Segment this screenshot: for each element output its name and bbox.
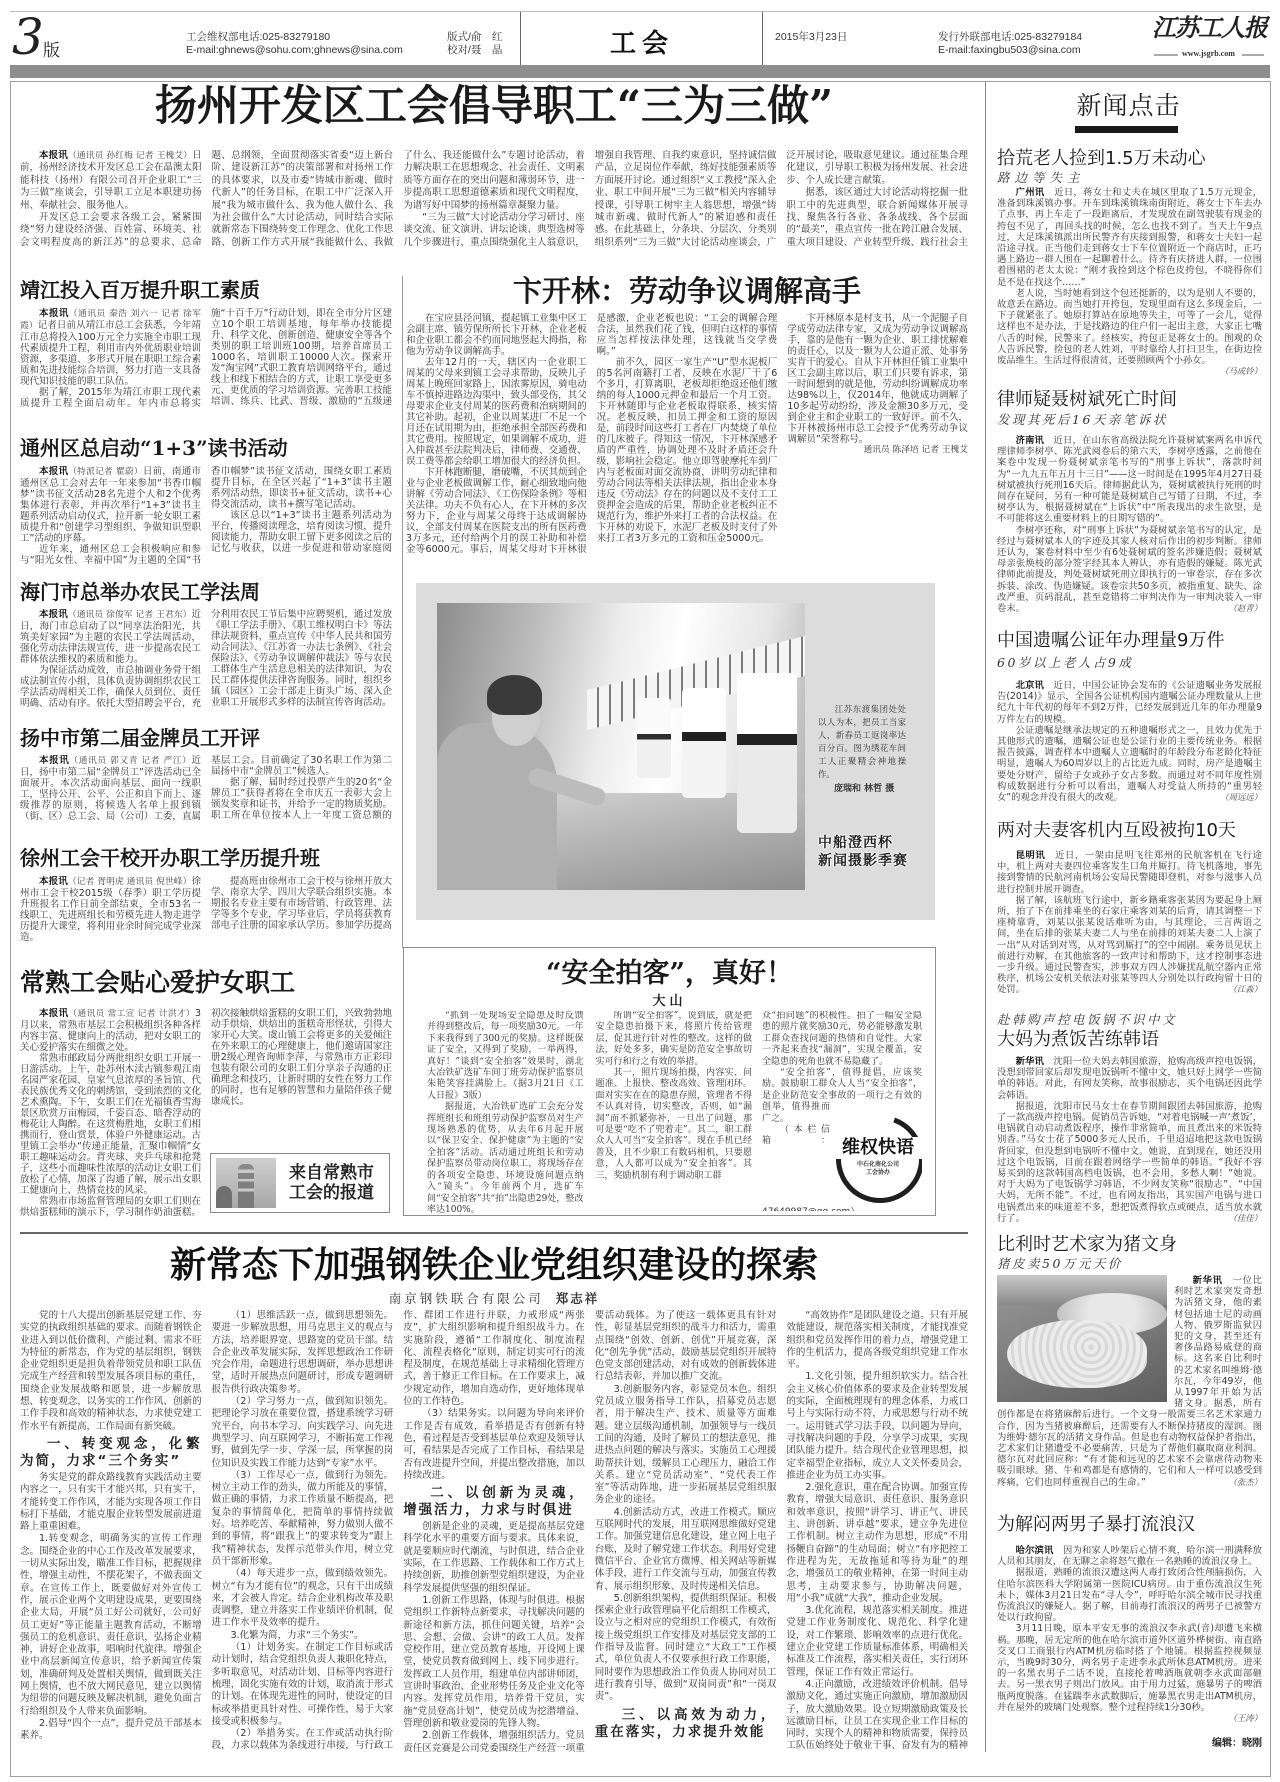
commentary-paragraph: 其一，照片现场拍摄，内容实、问题准、上报快、整改高效、管理闭环。面对实实在在的隐… — [596, 1068, 753, 1182]
brief-headline-jingjiang: 靖江投入百万提升职工素质 — [20, 278, 260, 302]
lead-paragraph: 本报讯（通讯员 孙红梅 记者 王槐艾）日前，扬州经济技术开发区总工会在晶澳太阳能… — [20, 150, 202, 212]
news-paragraph: 广州讯 近日，蒋女士和丈夫在城区里取了1.5万元现金，准备到珠溪镇办事。开车到珠… — [997, 187, 1262, 288]
brief-paragraph: 本报讯（通讯员 徐俊军 记者 王君东）近日，海门市总启动了以“同享法治阳光，共筑… — [20, 609, 201, 665]
party-paragraph: （1）计划务实。在制定工作目标或活动计划时，结合党组织负责人兼职化特点，多听取意… — [212, 1642, 394, 1728]
news-paragraph: 济南讯 近日，在山东省高级法院允许聂树斌案两名申诉代理律师李树亭、陈光武阅卷后的… — [997, 435, 1262, 525]
commentary-author: 大山 — [403, 994, 936, 1009]
worker-hair — [487, 675, 542, 715]
party-paragraph: 务实是党的群众路线教育实践活动主要内容之一，只有实干才能兴邦，只有实干，才能转变… — [20, 1472, 202, 1533]
dateline: 新华讯 — [1193, 1275, 1223, 1286]
party-article-byline: 南京钢铁联合有限公司 郑志祥 — [20, 1291, 968, 1307]
news-body-wills: 北京讯 近日，中国公证协会发布的《公证遗嘱业务发展报告(2014)》显示，全国各… — [997, 680, 1262, 815]
brief-headline-xuzhou: 徐州工会干校开办职工学历提升班 — [20, 846, 320, 870]
news-subhead-nie-shubin: 发现其死后16天亲笔诉状 — [997, 413, 1168, 427]
news-subhead-scavenger: 路边等失主 — [997, 171, 1085, 185]
dateline: 济南讯 — [1016, 435, 1044, 446]
brief-paragraph: 常熟市邮政局分两批组织女职工开展一日游活动。上午，赴苏州木渎古镇参观江南名园严家… — [20, 1053, 201, 1196]
news-paragraph: 老人说，当时她看到这个包还挺新的，以为是别人不要的，故意丢在路边。而当她打开挎包… — [997, 288, 1262, 366]
layout-credit: 版式/俞 红 — [447, 31, 502, 44]
editor-credit: 编辑：晓刚 — [1160, 1738, 1262, 1750]
brief-body-yangzhong: 本报讯（通讯员 郭又青 记者 严江）近日，扬中市第二届“金牌员工”评选活动已全面… — [20, 755, 392, 834]
byline-author: 郑志祥 — [556, 1291, 600, 1306]
news-paragraph: 新华讯 沈阳一位大妈去韩国旅游，抢购高级声控电饭锅，没想到带回家后却发现电饭锅听… — [997, 1056, 1262, 1101]
brief-body-haimen: 本报讯（通讯员 徐俊军 记者 王君东）近日，海门市总启动了以“同享法治阳光，共筑… — [20, 609, 392, 709]
source-credit: （张杰） — [1210, 1477, 1262, 1488]
proof-credit: 校对/聂 晶 — [447, 44, 502, 57]
news-headline-homeless-attack: 为解闷两男子暴打流浪汉 — [997, 1515, 1195, 1535]
news-body-scavenger: 广州讯 近日，蒋女士和丈夫在城区里取了1.5万元现金，准备到珠溪镇办事。开车到珠… — [997, 187, 1262, 384]
party-paragraph: 3.创新服务内容，彰显党员本色。组织党员成立服务指导工作队，招募党员志愿者，用于… — [595, 1384, 777, 1507]
dateline: 北京讯 — [1016, 680, 1044, 691]
news-subhead-pig-tattoo: 猪皮卖50万元天价 — [997, 1257, 1123, 1271]
dateline: 本报讯 — [39, 876, 68, 887]
news-headline-scavenger: 拾荒老人捡到1.5万未动心 — [997, 149, 1206, 169]
byline-credit: （通讯员 郭又青 记者 严江） — [69, 756, 191, 766]
feature-headline: 卞开林：劳动争议调解高手 — [406, 274, 968, 308]
distribution-email: E-mail:faxingbu503@sina.com — [938, 44, 1081, 57]
header-gray-bar — [10, 65, 1270, 78]
brief-body-xuzhou: 本报讯（记者 胥明虎 通讯员 倪世峰）徐州市工会干校2015级（春季）职工学历提… — [20, 876, 392, 944]
party-paragraph: （3）结果务实。以问题为导向来评价工作是否有成效，看举措是否有创新有特色，看过程… — [403, 1408, 585, 1482]
logo-org: 中石化南化公司 — [834, 1161, 922, 1169]
brief-paragraph: 本报讯（通讯员 常工宣 记者 计洪才）3月以来，常熟市基层工会积极组织各种各样内… — [20, 1008, 201, 1053]
news-paragraph: 昆明讯 近日，一架由昆明飞往郑州的民航客机在飞行途中，机上两对夫妻四位乘客发生口… — [997, 850, 1262, 895]
byline-credit: （特派记者 瞿蔚） — [68, 467, 143, 477]
page-number: 3 — [12, 12, 44, 62]
news-body-airplane-fight: 昆明讯 近日，一架由昆明飞往郑州的民航客机在飞行途中，机上两对夫妻四位乘客发生口… — [997, 850, 1262, 1009]
contest-label-1: 中船澄西杯 — [818, 835, 893, 852]
sidebar-title-bar — [1075, 126, 1178, 133]
brief-headline-haimen: 海门市总举办农民工学法周 — [20, 580, 260, 604]
commentary-paragraph: “抓到一处现场安全隐患及时反馈并得到整改后，每一项奖励30元。一年下来我得到了3… — [427, 1011, 584, 1102]
photo-feature-box: 江苏东渡集团处处以人为本，把员工当家人，新春员工返岗率达百分百。图为绣花车间工人… — [416, 583, 935, 920]
byline-credit: （记者 胥明虎 通讯员 倪世峰） — [68, 877, 192, 887]
source-credit: （马成铃） — [1202, 366, 1262, 377]
party-paragraph: 3.优化流程，规范落实相关制度。推进党建工作业务制度化、规范化、科学化建设，对工… — [786, 1605, 968, 1679]
commentary-body-columns-1-2: “抓到一处现场安全隐患及时反馈并得到整改后，每一项奖励30元。一年下来我得到了3… — [427, 1011, 752, 1217]
byline-credit: （通讯员 徐俊军 记者 王君东） — [68, 610, 192, 620]
party-paragraph: 2.倡导“四个一点”，提升党员干部基本素养。 — [20, 1718, 202, 1743]
news-paragraph: 据报道，熟睡的流浪汉遭这两人毒打致闭合性颅脑损伤，入住哈尔滨医科大学附属第一医院… — [997, 1567, 1262, 1623]
news-body-rice-cooker: 新华讯 沈阳一位大妈去韩国旅游，抢购高级声控电饭锅，没想到带回家后却发现电饭锅听… — [997, 1056, 1262, 1230]
party-paragraph: 4.创新活动方式，改进工作模式。顺应互联网时代的发展，用互联网思维做好党建工作。… — [595, 1507, 777, 1593]
dateline: 本报讯 — [39, 150, 68, 161]
party-paragraph: （1）思维活跃一点，做到思想领先。要进一步解放思想，用马克思主义的观点与方法，培… — [212, 1310, 394, 1396]
top-rule — [10, 11, 1270, 12]
party-article-headline: 新常态下加强钢铁企业党组织建设的探索 — [20, 1245, 968, 1287]
news-headline-pig-tattoo: 比利时艺术家为猪文身 — [997, 1235, 1177, 1255]
source-credit: （江淼） — [1210, 984, 1262, 995]
brief-paragraph: 本报讯（通讯员 秦浩 刘六一 记者 徐军霞）记者日前从靖江市总工会获悉，今年靖江… — [20, 308, 201, 387]
news-headline-rice-cooker: 大妈为煮饭苦练韩语 — [997, 1030, 1159, 1050]
changshu-report-box: 来自常熟市 工会的报道 — [210, 1153, 390, 1213]
section-title: 工会 — [610, 30, 674, 58]
dateline: 本报讯 — [39, 609, 68, 620]
photo-tattooed-pig — [997, 1275, 1167, 1402]
party-paragraph: 1.创新工作思路，体现与时俱进。根据党组织工作新特点新要求，寻找解决问题的新途径… — [403, 1595, 585, 1730]
byline-organization: 南京钢铁联合有限公司 — [389, 1291, 544, 1306]
dateline: 昆明讯 — [1016, 850, 1046, 861]
photo-embroidery-workshop — [437, 603, 805, 890]
source-credit: （赵青） — [1210, 603, 1262, 614]
byline-credit: （通讯员 常工宣 记者 计洪才） — [68, 1009, 195, 1019]
contest-label-2: 新闻摄影季赛 — [818, 853, 908, 870]
party-paragraph: 3.化繁为简，力求“三个务实”。 — [212, 1630, 394, 1642]
header-divider-left — [520, 12, 521, 65]
tree-shape — [216, 1186, 232, 1208]
party-subhead-1: 一、转变观念，化繁为简，力求“三个务实” — [20, 1436, 202, 1470]
brief-body-tongzhou: 本报讯（特派记者 瞿蔚）日前，南通市通州区总工会对去年一年来参加“书香巾帼梦”读… — [20, 466, 392, 566]
issue-date: 2015年3月23日 — [775, 31, 847, 44]
masthead-logo: 江苏工人报 — [1152, 13, 1267, 43]
news-paragraph: 据报道，沈阳市民马女士在春节期间跟团去韩国旅游，抢购了一款高级声控电锅。促销员告… — [997, 1101, 1262, 1224]
circle-logo-weiquan: 维权快语 中石化南化公司 工会协办 — [834, 1111, 922, 1207]
feature-paragraph: 前不久，园区一家生产“U”型水泥板厂的5名河南籍打工者，反映在水泥厂干了6个多月… — [597, 357, 778, 544]
lead-headline: 扬州开发区工会倡导职工“三为三做” — [20, 82, 968, 130]
feature-body: 在宝应县泾河镇，提起镇工业集中区工会副主席、镇劳保所所长卞开林，企业老板和企业职… — [406, 313, 968, 557]
worker-body — [437, 723, 557, 890]
news-body-homeless-attack: 哈尔滨讯 因为和家人吵架后心情不爽，哈尔滨一刑满释放人员和其朋友，在无聊之余将怒… — [997, 1545, 1262, 1737]
machine-head-3 — [737, 673, 797, 833]
source-credit: （王涛） — [1210, 1713, 1262, 1724]
dateline: 新华讯 — [1016, 1056, 1044, 1067]
logo-sub: 工会协办 — [834, 1169, 922, 1177]
party-paragraph: “高效协作”是团队建设之道。只有开展效能建设，规范落实相关制度，才能找准党组织和… — [786, 1310, 968, 1371]
lead-article-body: 本报讯（通讯员 孙红梅 记者 王槐艾）日前，扬州经济技术开发区总工会在晶澳太阳能… — [20, 150, 968, 251]
feature-paragraph: 去年12月的一天，辖区内一企业职工周某的父母来到镇工会寻求帮助，反映儿子周某上晚… — [406, 357, 587, 467]
brief-body-jingjiang: 本报讯（通讯员 秦浩 刘六一 记者 徐军霞）记者日前从靖江市总工会获悉，今年靖江… — [20, 308, 392, 419]
brief-headline-yangzhong: 扬中市第二届金牌员工开评 — [20, 726, 260, 750]
commentary-body-column-3: 维权快语 中石化南化公司 工会协办 众“拍问题”的积极性。拍了一幅安全隐患的照片… — [762, 1011, 922, 1211]
source-credit: （周远远） — [1202, 792, 1262, 803]
party-paragraph: 1.文化引领，提升组织软实力。结合社会主义核心价值体系的要求及企业转型发展的实际… — [786, 1371, 968, 1482]
section-rule-thick — [20, 1232, 968, 1234]
news-paragraph: 北京讯 近日，中国公证协会发布的《公证遗嘱业务发展报告(2014)》显示，全国各… — [997, 680, 1262, 725]
party-paragraph: 1.转变观念，明确务实的宣传工作理念。围绕企业的中心工作及改革发展要求，一切从实… — [20, 1533, 202, 1717]
pagoda-shape — [238, 1164, 254, 1208]
brief-paragraph: 本报讯（特派记者 瞿蔚）日前，南通市通州区总工会对去年一年来参加“书香巾帼梦”读… — [20, 466, 201, 544]
commentary-headline: “安全拍客”，真好！ — [403, 958, 936, 990]
sidebar-divider — [985, 82, 986, 1752]
party-subhead-3: 三、以高效为动力，重在落实，力求提升效能 — [595, 1707, 777, 1741]
news-kicker-rice-cooker: 赴韩购声控电饭锅不识中文 — [997, 1013, 1177, 1027]
party-paragraph: （3）工作尽心一点，做到行为领先。树立主动工作的劲头，做力所能及的事情，做正确的… — [212, 1470, 394, 1568]
brief-paragraph: 本报讯（记者 胥明虎 通讯员 倪世峰）徐州市工会干校2015级（春季）职工学历提… — [20, 876, 201, 943]
left-column-divider — [402, 276, 403, 948]
brief-headline-tongzhou: 通州区总启动“1+3”读书活动 — [20, 436, 288, 460]
party-paragraph: 党的十八大提出创新基层党建工作、夯实党的执政组织基础的要求。而随着钢铁企业进入到… — [20, 1310, 202, 1433]
dateline: 本报讯 — [39, 1008, 68, 1019]
masthead-line-right — [1242, 54, 1264, 56]
party-paragraph: 创新是企业的灵魂，更是提高基层党建科学化水平的重要方面与要求。具体来说，就是要顺… — [403, 1521, 585, 1595]
news-headline-airplane-fight: 两对夫妻客机内互殴被拘10天 — [997, 821, 1236, 841]
machine-head-1 — [637, 698, 671, 778]
commentary-paragraph: 众“拍问题”的积极性。拍了一幅安全隐患的照片就奖励30元，势必能够激发职工群众查… — [762, 1011, 922, 1068]
news-headline-wills: 中国遗嘱公证年办理量9万件 — [997, 631, 1224, 651]
machine-head-2 — [682, 688, 726, 798]
header-divider-right — [762, 12, 763, 65]
masthead-line-left — [1154, 54, 1178, 56]
news-paragraph: 公证遗嘱是继承法规定的五种遗嘱形式之一，且效力优先于其他形式的遗嘱，遗嘱公证也是… — [997, 725, 1262, 803]
news-paragraph: 哈尔滨讯 因为和家人吵架后心情不爽，哈尔滨一刑满释放人员和其朋友，在无聊之余将怒… — [997, 1545, 1262, 1567]
dateline: 本报讯 — [39, 755, 69, 766]
changshu-box-label-1: 来自常熟市 — [289, 1163, 374, 1183]
party-paragraph: 2.强化意识，重在配合协调。加强宣传教育，增强大局意识、责任意识、服务意识和效率… — [786, 1482, 968, 1605]
feature-credit: 通讯员 陈泽培 记者 王槐艾 — [787, 445, 968, 456]
news-body-nie-shubin: 济南讯 近日，在山东省高级法院允许聂树斌案两名申诉代理律师李树亭、陈光武阅卷后的… — [997, 435, 1262, 629]
party-paragraph: 5.创新组织架构，提供组织保证。积极探索企业行政管理扁平化后组织工作模式，设立与… — [595, 1593, 777, 1704]
brief-headline-changshu: 常熟工会贴心爱护女职工 — [20, 968, 295, 998]
dateline: 本报讯 — [39, 308, 69, 319]
news-headline-nie-shubin: 律师疑聂树斌死亡时间 — [997, 390, 1177, 410]
photo-caption: 江苏东渡集团处处以人为本，把员工当家人，新春员工返岗率达百分百。图为绣花车间工人… — [818, 703, 906, 781]
photographer-credit: 庞瑞和 林哲 摄 — [834, 783, 894, 795]
dateline: 本报讯 — [39, 466, 68, 477]
dateline: 广州讯 — [1016, 187, 1045, 198]
contact-email: E-mail:ghnews@sohu.com;ghnews@sina.com — [186, 44, 403, 57]
sidebar-title: 新闻点击 — [995, 91, 1262, 121]
party-article-body: 党的十八大提出创新基层党建工作、夯实党的执政组织基础的要求。而随着钢铁企业进入到… — [20, 1310, 968, 1764]
masthead-url: www.jsgrb.com — [1182, 49, 1235, 59]
page-suffix: 版 — [43, 42, 60, 60]
news-body-pig-tattoo: 新华讯 一位比利时艺术家突发奇想为活猪文身，他的素材包括迪士尼的动画人物、俄罗斯… — [997, 1275, 1262, 1501]
distribution-phone: 发行外联部电话:025-83279184 — [938, 31, 1082, 44]
logo-title: 维权快语 — [834, 1137, 922, 1159]
brief-paragraph: 提高班由徐州市工会干校与徐州开放大学、南京大学、四川大学联合组织实施。本期报名专… — [211, 876, 392, 944]
photo-pagoda — [216, 1158, 276, 1208]
commentary-paragraph: 据报道，大冶铁矿选矿工会充分发挥班组长和班组劳动保护监察员对生产现场熟悉的优势，… — [427, 1102, 584, 1216]
source-credit: （佳佳） — [1210, 1213, 1262, 1224]
contact-phone: 工会维权部电话:025-83279180 — [186, 31, 330, 44]
news-subhead-wills: 60岁以上老人占9成 — [997, 656, 1133, 670]
feature-paragraph: 卞开林原本是村支书，从一个泥腿子自学成劳动法律专家，又成为劳动争议调解高手，靠的… — [787, 313, 968, 445]
feature-paragraph: 在宝应县泾河镇，提起镇工业集中区工会副主席、镇劳保所所长卞开林，企业老板和企业职… — [406, 313, 587, 357]
news-paragraph: 据了解，该航班飞行途中，新乡籍乘客张某因为要起身上厕所，拍了下在前排乘坐的石家庄… — [997, 895, 1262, 996]
party-subhead-2: 二、以创新为灵魂，增强活力，力求与时俱进 — [403, 1485, 585, 1519]
byline-credit: （通讯员 孙红梅 记者 王槐艾） — [68, 151, 192, 161]
party-paragraph: （2）学习努力一点，做到知识领先。把理论学习放在重要位置，搭建系统学习研究平台，… — [212, 1396, 394, 1470]
commentary-paragraph: 所谓“安全拍客”，说到底，就是把安全隐患拍摄下来，将照片传给管理层，促其进行针对… — [596, 1011, 753, 1068]
news-paragraph: 李树亭还称，对“刑事上诉状”为聂树斌亲笔书写的认定，是经过与聂树斌本人的字迹及其… — [997, 525, 1262, 615]
pig-2 — [1007, 1320, 1147, 1388]
changshu-box-label-2: 工会的报道 — [289, 1183, 374, 1203]
party-paragraph: （4）每天进步一点，做到绩效领先。树立“有为才能有位”的观念，只有干出成绩来，才… — [212, 1568, 394, 1629]
news-paragraph: 3月11日晚，原本平安无事的流浪汉李永武(音)却遭飞来横祸。那晚，居无定所的他在… — [997, 1623, 1262, 1713]
dateline: 哈尔滨讯 — [1016, 1545, 1054, 1556]
